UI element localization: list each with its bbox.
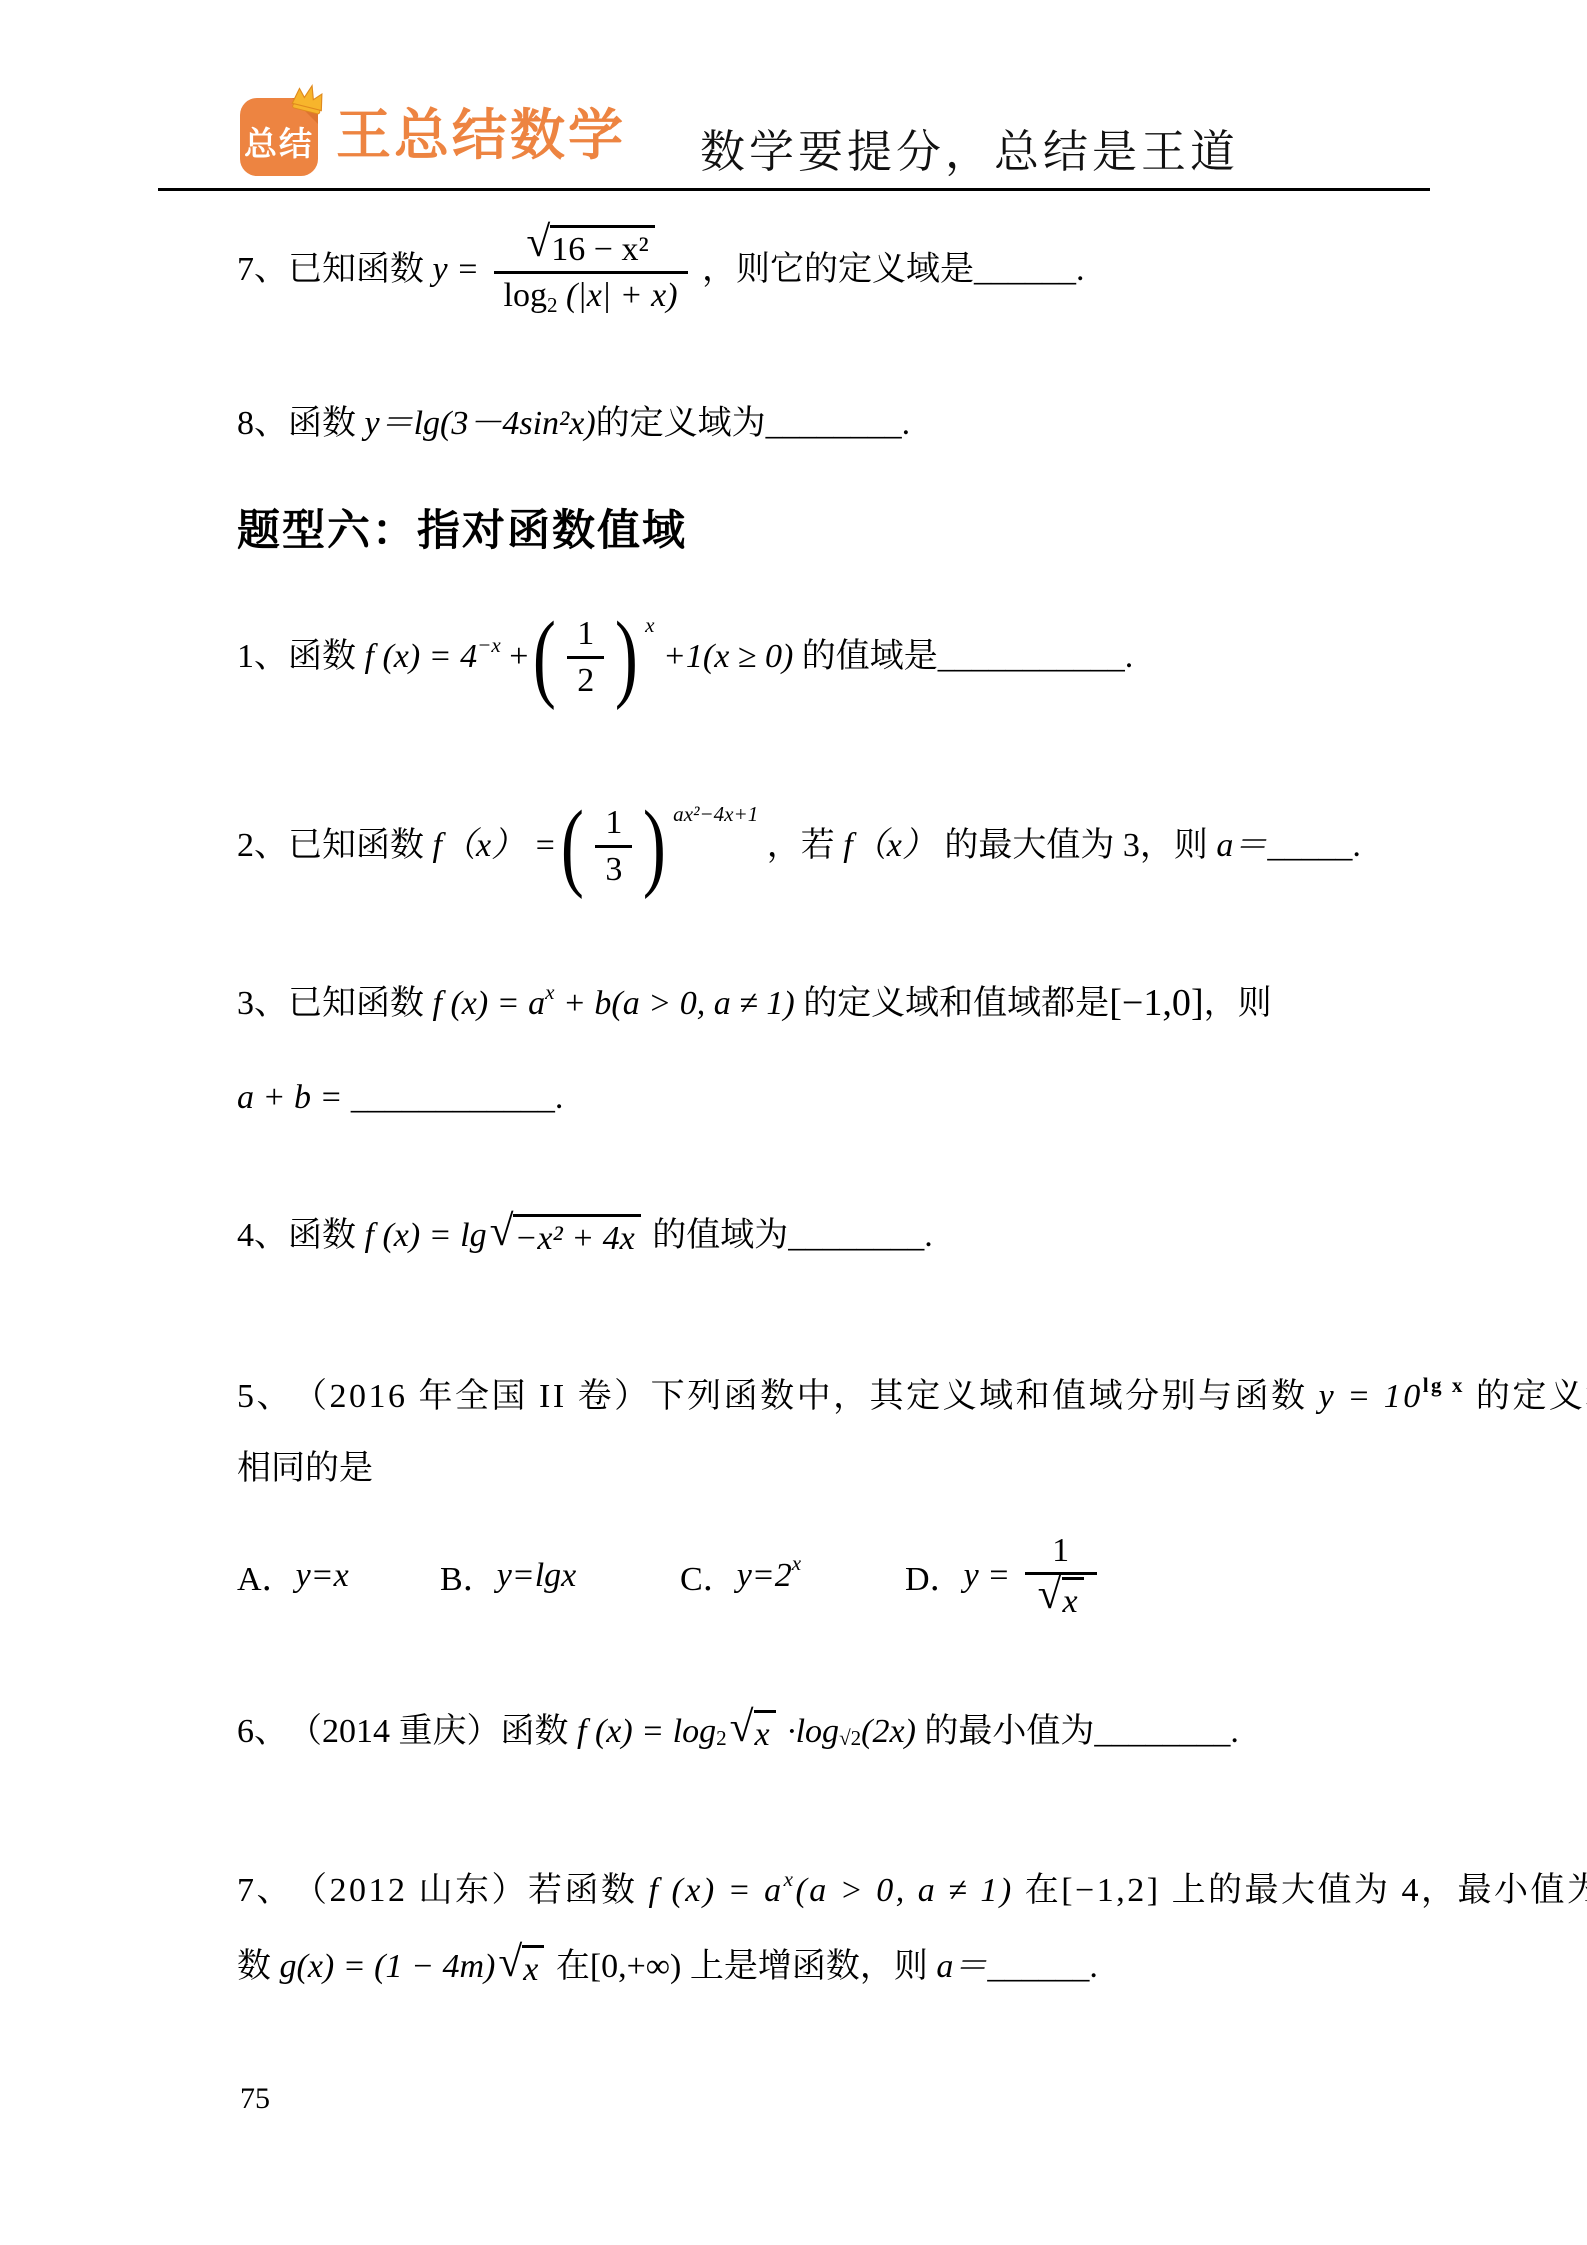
problem-text: 函数 [288, 403, 365, 446]
sqrt-expression: √16 − x² [526, 225, 654, 268]
brand-slogan: 数学要提分，总结是王道 [700, 130, 1239, 175]
exponent: −x [477, 632, 501, 658]
problem-text: 的最小值为 [916, 1711, 1095, 1754]
math-expression: a＝ [1208, 825, 1268, 868]
math-expression: f (x) = log [577, 1711, 716, 1754]
problem-text: 上是增函数，则 [681, 1946, 936, 1989]
math-expression: g(x) = (1 − 4m) [280, 1946, 496, 1989]
s6-problem-1: 1、函数 f (x) = 4−x +(12)x +1(x ≥ 0) 的值域是__… [237, 598, 1133, 716]
answer-blank: ____________ [351, 1077, 555, 1120]
problem-number: 2、 [237, 825, 288, 868]
answer-blank: ________ [1094, 1711, 1230, 1754]
radicand: 16 − x² [550, 225, 654, 268]
answer-blank: ________ [766, 403, 902, 446]
fraction-numerator: 1 [567, 612, 604, 655]
math-expression: f（x） [835, 825, 945, 868]
problem-text: 的值域是 [793, 636, 938, 679]
radicand: x [1062, 1577, 1084, 1620]
header-divider [158, 188, 1430, 191]
period: . [555, 1077, 564, 1120]
period: . [924, 1215, 933, 1258]
problem-text: 已知函数 [288, 983, 433, 1026]
answer-blank: ________ [788, 1215, 924, 1258]
s6-problem-2: 2、已知函数 f（x） =(13)ax²−4x+1 ，若 f（x） 的最大值为 … [237, 782, 1361, 910]
sqrt-expression: √x [1038, 1577, 1084, 1620]
exponent: lg x [1423, 1372, 1465, 1398]
problem-text: 函数 [288, 1215, 365, 1258]
period: . [1076, 249, 1085, 292]
plus-sign: + [501, 636, 529, 679]
radical-sign: √ [1038, 1577, 1062, 1612]
answer-blank: ______ [987, 1946, 1089, 1989]
sqrt-expression: √x [498, 1945, 544, 1988]
exponent: ax²−4x+1 [673, 801, 758, 827]
math-expression: y=lgx [497, 1557, 577, 1595]
problem-number: 1、 [237, 636, 288, 679]
problem-number: 6、 [237, 1711, 288, 1754]
math-expression: y = [433, 249, 488, 292]
fraction-denominator: 2 [567, 656, 604, 702]
brand-badge: 总结 [240, 98, 318, 176]
option-d: D．y = 1√x [905, 1518, 1103, 1633]
radicand: x [522, 1945, 544, 1988]
problem-text: ，则它的定义域是 [694, 249, 975, 292]
answer-blank: _____ [1267, 825, 1352, 868]
problem-text: 函数 [288, 636, 365, 679]
radicand: −x² + 4x [513, 1214, 640, 1257]
fraction-numerator: √16 − x² [513, 223, 667, 270]
s6-problem-5-line1: 5、（2016 年全国 II 卷）下列函数中，其定义域和值域分别与函数 y = … [237, 1368, 1587, 1426]
period: . [902, 403, 911, 446]
exponent: x [792, 1551, 801, 1576]
math-expression: f (x) = 4 [365, 636, 478, 679]
option-label: A． [237, 1551, 296, 1600]
log-base: √2 [839, 1725, 861, 1751]
math-expression: y＝lg(3－4sin²x) [365, 403, 596, 446]
math-expression: f (x) = a [433, 983, 546, 1026]
problem-text: 已知函数 [288, 825, 424, 868]
problem-text: ，若 [758, 825, 835, 868]
math-expression: f (x) = a [649, 1870, 784, 1913]
fraction: 13 [595, 801, 632, 890]
math-expression: +1(x ≥ 0) [654, 636, 793, 679]
problem-8: 8、函数 y＝lg(3－4sin²x)的定义域为________. [237, 398, 910, 450]
problem-number: 7、 [237, 249, 288, 292]
problem-text: 已知函数 [288, 249, 433, 292]
problem-text: 相同的是 [237, 1448, 373, 1491]
problem-text: 在 [547, 1946, 590, 1989]
fraction-denominator: log2 (|x| + x) [494, 271, 688, 317]
problem-number: 7、 [237, 1870, 293, 1913]
math-expression: a＝ [936, 1946, 987, 1989]
problem-text: 的最大值为 3，则 [944, 825, 1208, 868]
math-expression: y = 10 [1319, 1376, 1423, 1419]
option-b: B．y=lgx [440, 1518, 576, 1633]
fraction-numerator: 1 [1042, 1529, 1079, 1572]
exponent: x [784, 1866, 796, 1892]
s6-problem-6: 6、（2014 重庆）函数 f (x) = log2√x ·log√2(2x) … [237, 1692, 1239, 1772]
fraction-denominator: 3 [595, 845, 632, 891]
fraction: √16 − x²log2 (|x| + x) [494, 223, 688, 316]
period: . [1352, 825, 1361, 868]
problem-number: 8、 [237, 403, 288, 446]
math-expression: a + b = [237, 1077, 351, 1120]
problem-text: 的定义域和值域 [1465, 1376, 1587, 1419]
s6-problem-7-line1: 7、（2012 山东）若函数 f (x) = ax(a > 0, a ≠ 1) … [237, 1862, 1587, 1920]
worksheet-page: 总结 王总结数学 数学要提分，总结是王道 7、已知函数 y = √16 − x²… [0, 0, 1587, 2245]
s6-problem-3-line1: 3、已知函数 f (x) = ax + b(a > 0, a ≠ 1) 的定义域… [237, 975, 1272, 1033]
log-argument: (|x| + x) [558, 277, 678, 314]
s6-problem-5-line2: 相同的是 [237, 1443, 373, 1495]
fraction: 12 [567, 612, 604, 701]
problem-text: （2012 山东）若函数 [293, 1870, 649, 1913]
problem-text: 的定义域和值域都是 [795, 983, 1110, 1026]
problem-number: 5、 [237, 1376, 293, 1419]
s6-problem-4: 4、函数 f (x) = lg√−x² + 4x 的值域为________. [237, 1192, 933, 1280]
sqrt-expression: √−x² + 4x [490, 1214, 641, 1257]
answer-blank: ______ [974, 249, 1076, 292]
answer-blank: ___________ [938, 636, 1125, 679]
math-expression: + b(a > 0, a ≠ 1) [554, 983, 794, 1026]
radical-sign: √ [498, 1945, 522, 1980]
radical-sign: √ [526, 225, 550, 260]
interval: [−1,2] [1061, 1870, 1160, 1913]
radical-sign: √ [490, 1214, 514, 1249]
period: . [1089, 1946, 1098, 1989]
problem-text: 的定义域为 [596, 403, 766, 446]
sqrt-expression: √x [730, 1710, 776, 1753]
option-label: D． [905, 1551, 964, 1600]
fraction: 1√x [1025, 1529, 1097, 1622]
log-function: log [504, 277, 547, 314]
section-title: 题型六：指对函数值域 [237, 497, 687, 558]
problem-number: 3、 [237, 983, 288, 1026]
log-base: 2 [547, 293, 558, 317]
problem-text: 上的最大值为 4，最小值为 [1161, 1870, 1587, 1913]
option-a: A．y=x [237, 1518, 349, 1633]
option-label: B． [440, 1551, 497, 1600]
math-expression: y=2 [737, 1557, 792, 1595]
exponent: x [645, 612, 654, 638]
log-base: 2 [716, 1725, 727, 1751]
exponent: x [545, 979, 554, 1005]
problem-text: ，则 [1204, 983, 1272, 1026]
problem-number: 4、 [237, 1215, 288, 1258]
badge-text: 总结 [244, 110, 314, 165]
radicand: x [754, 1710, 776, 1753]
math-expression: ·log [779, 1711, 839, 1754]
s6-problem-5-options: A．y=x B．y=lgx C．y=2x D．y = 1√x [237, 1518, 1337, 1633]
math-expression: y=x [296, 1557, 349, 1595]
brand-name: 王总结数学 [336, 108, 626, 163]
math-expression: y = [964, 1557, 1019, 1595]
problem-text: 在 [1014, 1870, 1062, 1913]
problem-text: （2016 年全国 II 卷）下列函数中，其定义域和值域分别与函数 [293, 1376, 1319, 1419]
s6-problem-3-line2: a + b = ____________. [237, 1072, 563, 1124]
fraction-numerator: 1 [595, 801, 632, 844]
period: . [1230, 1711, 1239, 1754]
problem-text: （2014 重庆）函数 [288, 1711, 577, 1754]
radical-sign: √ [730, 1710, 754, 1745]
interval: [0,+∞) [590, 1946, 682, 1989]
math-expression: (2x) [861, 1711, 916, 1754]
problem-text: 的值域为 [644, 1215, 789, 1258]
option-c: C．y=2x [680, 1518, 801, 1633]
fraction-denominator: √x [1025, 1572, 1097, 1622]
problem-text: 数 [237, 1946, 280, 1989]
math-expression: f (x) = lg [365, 1215, 487, 1258]
math-expression: f（x） = [424, 825, 556, 868]
option-label: C． [680, 1551, 737, 1600]
problem-7: 7、已知函数 y = √16 − x²log2 (|x| + x) ，则它的定义… [237, 205, 1085, 335]
math-expression: (a > 0, a ≠ 1) [795, 1870, 1013, 1913]
period: . [1125, 636, 1134, 679]
interval: [−1,0] [1109, 980, 1203, 1028]
page-number: 75 [240, 2082, 270, 2116]
s6-problem-7-line2: 数 g(x) = (1 − 4m)√x 在[0,+∞) 上是增函数，则 a＝__… [237, 1935, 1098, 1999]
